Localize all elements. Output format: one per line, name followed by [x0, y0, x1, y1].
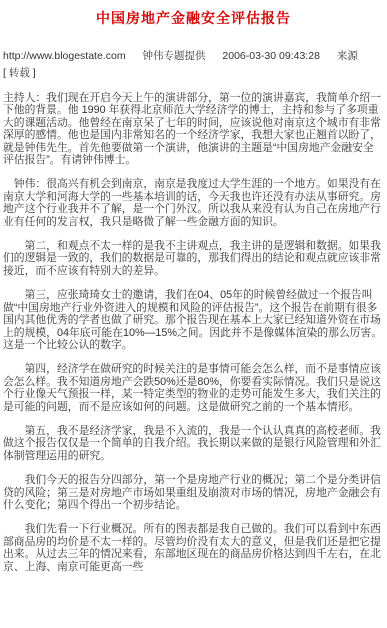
publish-timestamp: 2006-03-30 09:43:28 — [222, 50, 320, 62]
column-provider-label: 钟伟专题提供 — [142, 50, 205, 62]
paragraph: 第四，经济学在做研究的时候关注的是事情可能会怎么样，而不是事情应该会怎么样。我不… — [3, 363, 384, 413]
paragraph: 我们今天的报告分四部分，第一个是房地产行业的概况；第二个是分类讲信贷的风险；第三… — [3, 474, 384, 511]
repost-link[interactable]: [ 转载 ] — [3, 67, 36, 79]
source-label: 来源 — [337, 50, 358, 62]
article-url-link[interactable]: http://www.blogestate.com — [3, 50, 126, 62]
article-page: 中国房地产金融安全评估报告 http://www.blogestate.com … — [0, 8, 387, 573]
paragraph: 第五，我不是经济学家，我是不入流的，我是一个认认真真的高校老师。我做这个报告仅仅… — [3, 425, 384, 462]
page-title: 中国房地产金融安全评估报告 — [3, 8, 384, 28]
paragraph: 钟伟：很高兴有机会到南京，南京是我度过大学生涯的一个地方。如果没有在南京大学和河… — [3, 178, 384, 228]
repost-row: [ 转载 ] — [3, 65, 384, 80]
paragraph: 主持人：我们现在开启今天上午的演讲部分，第一位的演讲嘉宾，我简单介绍一下他的背景… — [3, 92, 384, 166]
article-body: 主持人：我们现在开启今天上午的演讲部分，第一位的演讲嘉宾，我简单介绍一下他的背景… — [3, 92, 384, 573]
paragraph: 我们先看一下行业概况。所有的图表都是我自己做的。我们可以看到中东西部商品房的均价… — [3, 523, 384, 573]
paragraph: 第三，应张琦琦女士的邀请，我们在04、05年的时候曾经做过一个报告叫做“中国房地… — [3, 289, 384, 351]
paragraph: 第二，和观点不太一样的是我不主讲观点，我主讲的是逻辑和数据。如果我们的逻辑是一致… — [3, 240, 384, 277]
article-meta-row: http://www.blogestate.com 钟伟专题提供 2006-03… — [3, 48, 384, 63]
